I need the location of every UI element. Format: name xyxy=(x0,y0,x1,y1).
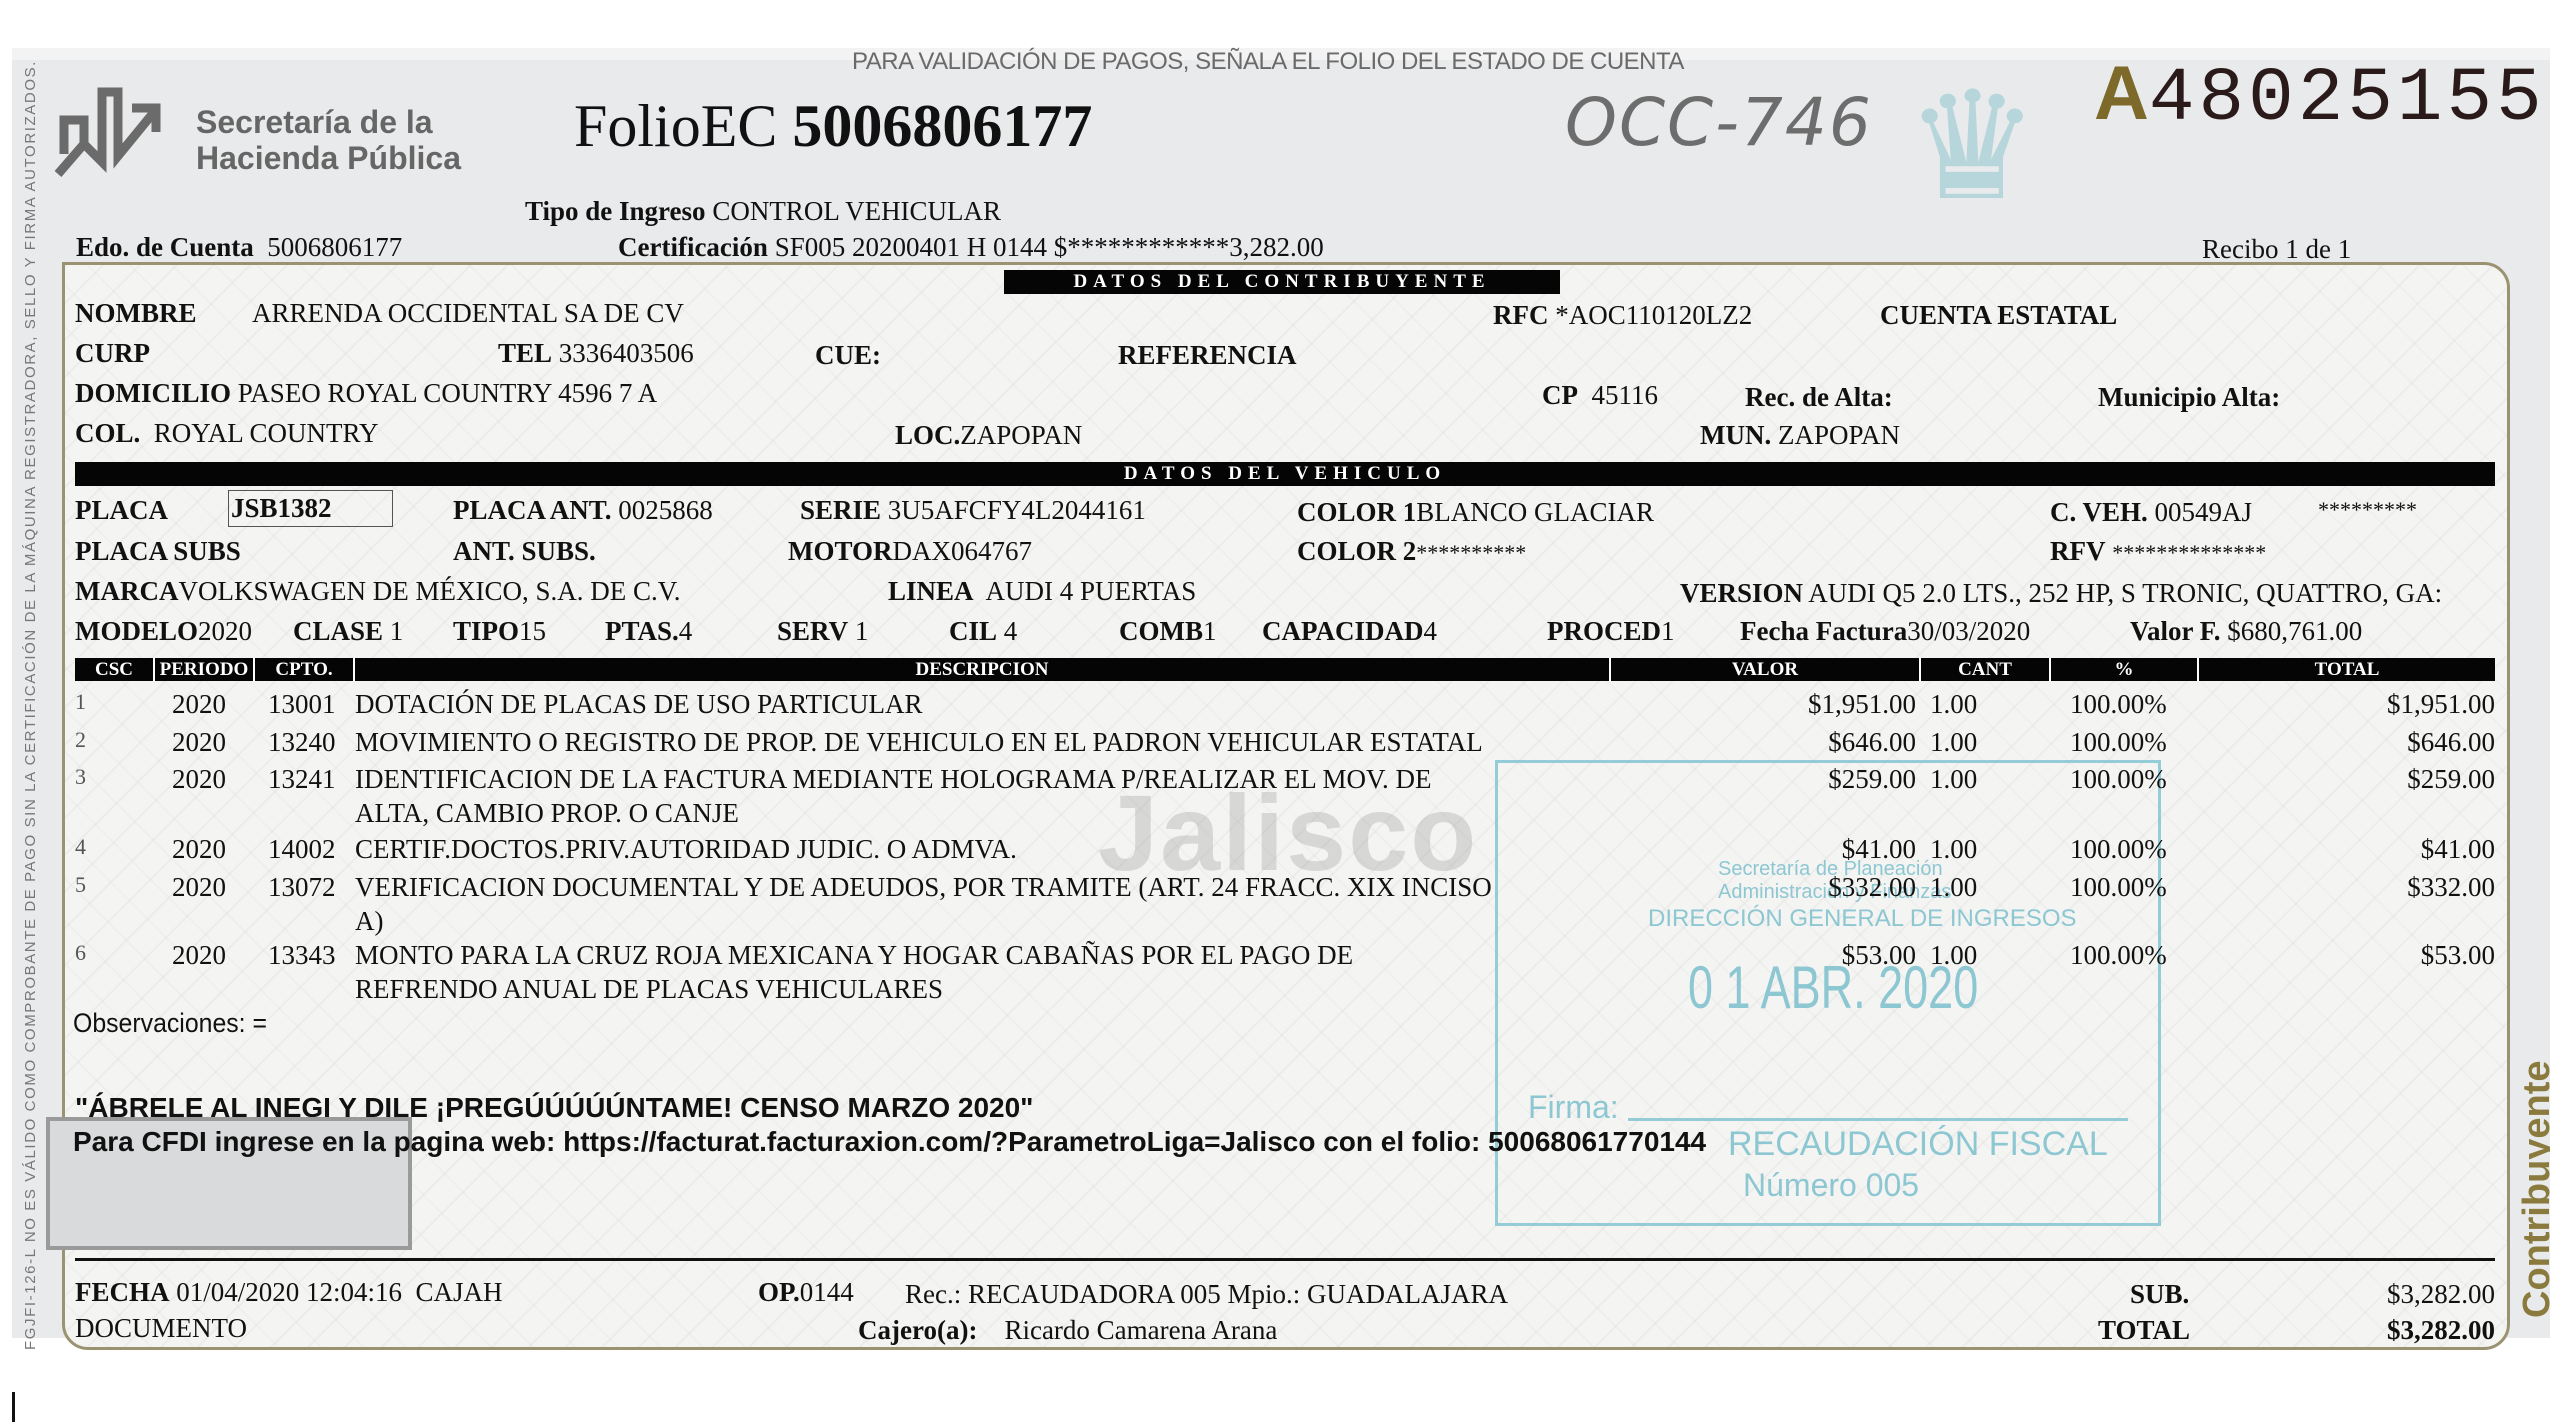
cell-total: $646.00 xyxy=(2199,727,2495,758)
caja-value: H xyxy=(483,1277,503,1307)
stamp-number: Número 005 xyxy=(1743,1167,1919,1204)
folio-label: FolioEC xyxy=(574,93,777,159)
modelo-row: MODELO2020 CLASE 1 TIPO15 PTAS.4 SERV 1 … xyxy=(75,616,2495,648)
cell-total: $41.00 xyxy=(2199,834,2495,865)
tipo-ingreso-label: Tipo de Ingreso xyxy=(525,196,706,226)
cell-valor: $53.00 xyxy=(1611,940,1916,971)
cuenta-estatal-label: CUENTA ESTATAL xyxy=(1880,300,2117,331)
cell-cant: 1.00 xyxy=(1930,834,2050,865)
certificacion-label: Certificación xyxy=(618,232,768,262)
municipio-alta-label: Municipio Alta: xyxy=(2098,382,2280,413)
mun-label: MUN. xyxy=(1700,420,1771,450)
section-contribuyente: DATOS DEL CONTRIBUYENTE xyxy=(1004,270,1560,294)
col-header-total: TOTAL xyxy=(2199,658,2495,681)
cell-desc1: IDENTIFICACION DE LA FACTURA MEDIANTE HO… xyxy=(355,764,1605,795)
tipo-ingreso: Tipo de Ingreso CONTROL VEHICULAR xyxy=(525,196,1001,227)
ptas-value: 4 xyxy=(679,616,693,646)
placa-ant: PLACA ANT. 0025868 xyxy=(453,495,713,526)
col-header-valor: VALOR xyxy=(1611,658,1921,681)
capacidad: CAPACIDAD4 xyxy=(1262,616,1437,647)
ptas-label: PTAS. xyxy=(605,616,679,646)
col-header-csc: CSC xyxy=(75,658,155,681)
valor-f-label: Valor F. xyxy=(2130,616,2221,646)
serv-label: SERV xyxy=(777,616,848,646)
rec-alta-label: Rec. de Alta: xyxy=(1745,382,1893,413)
color2-label: COLOR 2 xyxy=(1297,536,1416,566)
cell-periodo: 2020 xyxy=(172,834,252,865)
loc: LOC.ZAPOPAN xyxy=(895,420,1082,451)
cell-cpto: 14002 xyxy=(268,834,348,865)
color1-value: BLANCO GLACIAR xyxy=(1416,497,1654,527)
documento-label: DOCUMENTO xyxy=(75,1313,247,1344)
cell-total: $259.00 xyxy=(2199,764,2495,795)
cell-desc2: ALTA, CAMBIO PROP. O CANJE xyxy=(355,798,739,829)
tipo-ingreso-value: CONTROL VEHICULAR xyxy=(712,196,1001,226)
color2: COLOR 2********** xyxy=(1297,536,1526,567)
edo-cuenta-label: Edo. de Cuenta xyxy=(76,232,254,262)
rfc-label: RFC xyxy=(1493,300,1549,330)
validation-note: PARA VALIDACIÓN DE PAGOS, SEÑALA EL FOLI… xyxy=(852,48,1684,76)
cajero-label: Cajero(a): xyxy=(858,1315,977,1345)
cell-pct: 100.00% xyxy=(2070,940,2210,971)
cell-valor: $1,951.00 xyxy=(1611,689,1916,720)
domicilio-value: PASEO ROYAL COUNTRY 4596 7 A xyxy=(238,378,657,408)
cell-periodo: 2020 xyxy=(172,689,252,720)
fecha-factura-label: Fecha Factura xyxy=(1740,616,1907,646)
col-header-periodo: PERIODO xyxy=(155,658,255,681)
cell-periodo: 2020 xyxy=(172,727,252,758)
valor-f: Valor F. $680,761.00 xyxy=(2130,616,2362,647)
nombre-label: NOMBRE xyxy=(75,298,197,328)
serv-value: 1 xyxy=(855,616,869,646)
cell-valor: $41.00 xyxy=(1611,834,1916,865)
cell-pct: 100.00% xyxy=(2070,834,2210,865)
cfdi-notice: Para CFDI ingrese en la pagina web: http… xyxy=(73,1126,1706,1158)
fecha-value: 01/04/2020 12:04:16 xyxy=(176,1277,402,1307)
stamp-firma-label: Firma: xyxy=(1528,1089,1619,1126)
sub-value: $3,282.00 xyxy=(2200,1279,2495,1310)
cveh-label: C. VEH. xyxy=(2050,497,2148,527)
stamp-firma-line xyxy=(1628,1118,2128,1121)
comb-value: 1 xyxy=(1203,616,1217,646)
cell-desc1: MONTO PARA LA CRUZ ROJA MEXICANA Y HOGAR… xyxy=(355,940,1605,971)
loc-label: LOC. xyxy=(895,420,960,450)
placa-ant-label: PLACA ANT. xyxy=(453,495,612,525)
cell-desc1: VERIFICACION DOCUMENTAL Y DE ADEUDOS, PO… xyxy=(355,872,1605,903)
nombre-row: NOMBRE xyxy=(75,298,197,329)
col-header-pct: % xyxy=(2051,658,2199,681)
cell-periodo: 2020 xyxy=(172,872,252,903)
cell-total: $53.00 xyxy=(2199,940,2495,971)
tel-value: 3336403506 xyxy=(559,338,694,368)
footer-cajero: Cajero(a): Ricardo Camarena Arana xyxy=(858,1315,1277,1346)
left-vertical-notice: FGJFI-126-L NO ES VÁLIDO COMO COMPROBANT… xyxy=(22,60,39,1350)
tipo-value: 15 xyxy=(519,616,546,646)
cell-cant: 1.00 xyxy=(1930,872,2050,903)
footer-fecha: FECHA 01/04/2020 12:04:16 CAJAH xyxy=(75,1277,503,1308)
footer-rec: Rec.: RECAUDADORA 005 Mpio.: GUADALAJARA xyxy=(905,1279,1508,1310)
cell-csc: 6 xyxy=(75,940,95,966)
cp: CP 45116 xyxy=(1542,380,1658,411)
cell-csc: 4 xyxy=(75,834,95,860)
placa-ant-value: 0025868 xyxy=(618,495,713,525)
col-label: COL. xyxy=(75,418,140,448)
footer-op: OP.0144 xyxy=(758,1277,854,1308)
edo-cuenta-value: 5006806177 xyxy=(267,232,402,262)
fecha-label: FECHA xyxy=(75,1277,170,1307)
folio-value: 5006806177 xyxy=(792,93,1092,159)
cil-value: 4 xyxy=(1004,616,1018,646)
footer-divider xyxy=(75,1258,2495,1261)
cajero-value: Ricardo Camarena Arana xyxy=(1004,1315,1277,1345)
agency-name-line2: Hacienda Pública xyxy=(196,140,461,177)
color2-value: ********** xyxy=(1416,540,1526,565)
cveh-value: 00549AJ xyxy=(2155,497,2253,527)
col-header-cant: CANT xyxy=(1921,658,2051,681)
linea-label: LINEA xyxy=(888,576,974,606)
placa-subs-label: PLACA SUBS xyxy=(75,536,241,567)
proced: PROCED1 xyxy=(1547,616,1675,647)
cell-total: $1,951.00 xyxy=(2199,689,2495,720)
cell-csc: 2 xyxy=(75,727,95,753)
rfv: RFV ************** xyxy=(2050,536,2266,567)
cell-desc2: REFRENDO ANUAL DE PLACAS VEHICULARES xyxy=(355,974,943,1005)
right-vertical-label: Contribuyente xyxy=(2516,1060,2550,1318)
clase: CLASE 1 xyxy=(293,616,403,647)
marca-value: VOLKSWAGEN DE MÉXICO, S.A. DE C.V. xyxy=(178,576,680,606)
marca: MARCAVOLKSWAGEN DE MÉXICO, S.A. DE C.V. xyxy=(75,576,681,607)
ant-subs-label: ANT. SUBS. xyxy=(453,536,596,567)
cell-csc: 1 xyxy=(75,689,95,715)
edge-mark xyxy=(12,1392,15,1422)
fecha-factura: Fecha Factura30/03/2020 xyxy=(1740,616,2030,647)
motor: MOTORDAX064767 xyxy=(788,536,1032,567)
modelo-label: MODELO xyxy=(75,616,198,646)
serie: SERIE 3U5AFCFY4L2044161 xyxy=(800,495,1146,526)
domicilio: DOMICILIO PASEO ROYAL COUNTRY 4596 7 A xyxy=(75,378,657,409)
mun-value: ZAPOPAN xyxy=(1778,420,1900,450)
serial-digits: 48025155 xyxy=(2149,56,2546,142)
version-value: AUDI Q5 2.0 LTS., 252 HP, S TRONIC, QUAT… xyxy=(1808,578,2442,608)
handwritten-note: OCC-746 xyxy=(1565,84,1873,161)
version: VERSION AUDI Q5 2.0 LTS., 252 HP, S TRON… xyxy=(1680,578,2495,609)
cell-desc1: DOTACIÓN DE PLACAS DE USO PARTICULAR xyxy=(355,689,1605,720)
cil-label: CIL xyxy=(949,616,997,646)
section-vehiculo: DATOS DEL VEHICULO xyxy=(75,462,2495,486)
cell-cant: 1.00 xyxy=(1930,727,2050,758)
col-header-cpto: CPTO. xyxy=(255,658,355,681)
placa-value: JSB1382 xyxy=(228,490,393,527)
sub-label: SUB. xyxy=(2130,1279,2189,1310)
cveh: C. VEH. 00549AJ xyxy=(2050,497,2252,528)
tel: TEL 3336403506 xyxy=(498,338,694,369)
serie-value: 3U5AFCFY4L2044161 xyxy=(888,495,1146,525)
capacidad-label: CAPACIDAD xyxy=(1262,616,1424,646)
cell-desc1: MOVIMIENTO O REGISTRO DE PROP. DE VEHICU… xyxy=(355,727,1605,758)
agency-logo xyxy=(50,72,170,182)
cil: CIL 4 xyxy=(949,616,1017,647)
stamp-office: RECAUDACIÓN FISCAL xyxy=(1728,1125,2108,1164)
cue-label: CUE: xyxy=(815,340,881,371)
linea-value: AUDI 4 PUERTAS xyxy=(986,576,1197,606)
cveh-extra: ********* xyxy=(2318,497,2417,523)
tipo: TIPO15 xyxy=(453,616,546,647)
serial-prefix: A xyxy=(2094,51,2149,136)
cell-pct: 100.00% xyxy=(2070,689,2210,720)
cell-cant: 1.00 xyxy=(1930,689,2050,720)
comb-label: COMB xyxy=(1119,616,1203,646)
proced-label: PROCED xyxy=(1547,616,1661,646)
tipo-label: TIPO xyxy=(453,616,519,646)
motor-value: DAX064767 xyxy=(893,536,1033,566)
cell-cpto: 13240 xyxy=(268,727,348,758)
marca-label: MARCA xyxy=(75,576,178,606)
cp-value: 45116 xyxy=(1592,380,1659,410)
observaciones: Observaciones: = xyxy=(73,1008,267,1039)
cell-cpto: 13343 xyxy=(268,940,348,971)
comb: COMB1 xyxy=(1119,616,1217,647)
cell-cpto: 13072 xyxy=(268,872,348,903)
clase-label: CLASE xyxy=(293,616,383,646)
rfv-label: RFV xyxy=(2050,536,2106,566)
certificacion: Certificación SF005 20200401 H 0144 $***… xyxy=(618,232,1324,263)
caja-label: CAJA xyxy=(416,1277,484,1307)
domicilio-label: DOMICILIO xyxy=(75,378,231,408)
cell-cpto: 13001 xyxy=(268,689,348,720)
motor-label: MOTOR xyxy=(788,536,893,566)
tel-label: TEL xyxy=(498,338,552,368)
rising-chart-arrow-icon xyxy=(50,72,170,182)
folio-ec: FolioEC 5006806177 xyxy=(574,92,1092,161)
proced-value: 1 xyxy=(1661,616,1675,646)
color1: COLOR 1BLANCO GLACIAR xyxy=(1297,497,1654,528)
color1-label: COLOR 1 xyxy=(1297,497,1416,527)
curp-label: CURP xyxy=(75,338,150,369)
referencia-label: REFERENCIA xyxy=(1118,340,1297,371)
col-header-descripcion: DESCRIPCION xyxy=(355,658,1611,681)
col-value: ROYAL COUNTRY xyxy=(154,418,379,448)
cp-label: CP xyxy=(1542,380,1578,410)
cell-periodo: 2020 xyxy=(172,940,252,971)
cell-csc: 3 xyxy=(75,764,95,790)
jalisco-coat-of-arms-icon: ♛ xyxy=(1905,60,2039,234)
cell-csc: 5 xyxy=(75,872,95,898)
certificacion-value: SF005 20200401 H 0144 $************3,282… xyxy=(775,232,1324,262)
total-label: TOTAL xyxy=(2098,1315,2190,1346)
cell-cpto: 13241 xyxy=(268,764,348,795)
col: COL. ROYAL COUNTRY xyxy=(75,418,379,449)
fecha-factura-value: 30/03/2020 xyxy=(1907,616,2030,646)
rfv-value: ************** xyxy=(2112,540,2266,565)
edo-cuenta: Edo. de Cuenta 5006806177 xyxy=(76,232,402,263)
cell-cant: 1.00 xyxy=(1930,764,2050,795)
ptas: PTAS.4 xyxy=(605,616,692,647)
serial-number: A48025155 xyxy=(2094,50,2546,142)
recibo-count: Recibo 1 de 1 xyxy=(2202,234,2351,265)
linea: LINEA AUDI 4 PUERTAS xyxy=(888,576,1196,607)
op-label: OP. xyxy=(758,1277,800,1307)
mun: MUN. ZAPOPAN xyxy=(1700,420,1900,451)
agency-name-line1: Secretaría de la xyxy=(196,104,433,141)
nombre-value: ARRENDA OCCIDENTAL SA DE CV xyxy=(252,298,684,329)
capacidad-value: 4 xyxy=(1424,616,1438,646)
cell-pct: 100.00% xyxy=(2070,727,2210,758)
cell-pct: 100.00% xyxy=(2070,872,2210,903)
cell-valor: $332.00 xyxy=(1611,872,1916,903)
placa-label: PLACA xyxy=(75,495,168,526)
total-value: $3,282.00 xyxy=(2200,1315,2495,1346)
serie-label: SERIE xyxy=(800,495,881,525)
cell-total: $332.00 xyxy=(2199,872,2495,903)
modelo: MODELO2020 xyxy=(75,616,252,647)
valor-f-value: $680,761.00 xyxy=(2227,616,2362,646)
cell-desc2: A) xyxy=(355,906,384,937)
loc-value: ZAPOPAN xyxy=(960,420,1082,450)
clase-value: 1 xyxy=(390,616,404,646)
cell-desc1: CERTIF.DOCTOS.PRIV.AUTORIDAD JUDIC. O AD… xyxy=(355,834,1605,865)
serv: SERV 1 xyxy=(777,616,868,647)
cell-periodo: 2020 xyxy=(172,764,252,795)
rfc-value: *AOC110120LZ2 xyxy=(1555,300,1752,330)
cell-valor: $259.00 xyxy=(1611,764,1916,795)
version-label: VERSION xyxy=(1680,578,1803,608)
cell-pct: 100.00% xyxy=(2070,764,2210,795)
rfc: RFC *AOC110120LZ2 xyxy=(1493,300,1752,331)
stamp-org-line3: DIRECCIÓN GENERAL DE INGRESOS xyxy=(1648,905,2077,933)
op-value: 0144 xyxy=(800,1277,854,1307)
modelo-value: 2020 xyxy=(198,616,252,646)
cell-valor: $646.00 xyxy=(1611,727,1916,758)
cell-cant: 1.00 xyxy=(1930,940,2050,971)
